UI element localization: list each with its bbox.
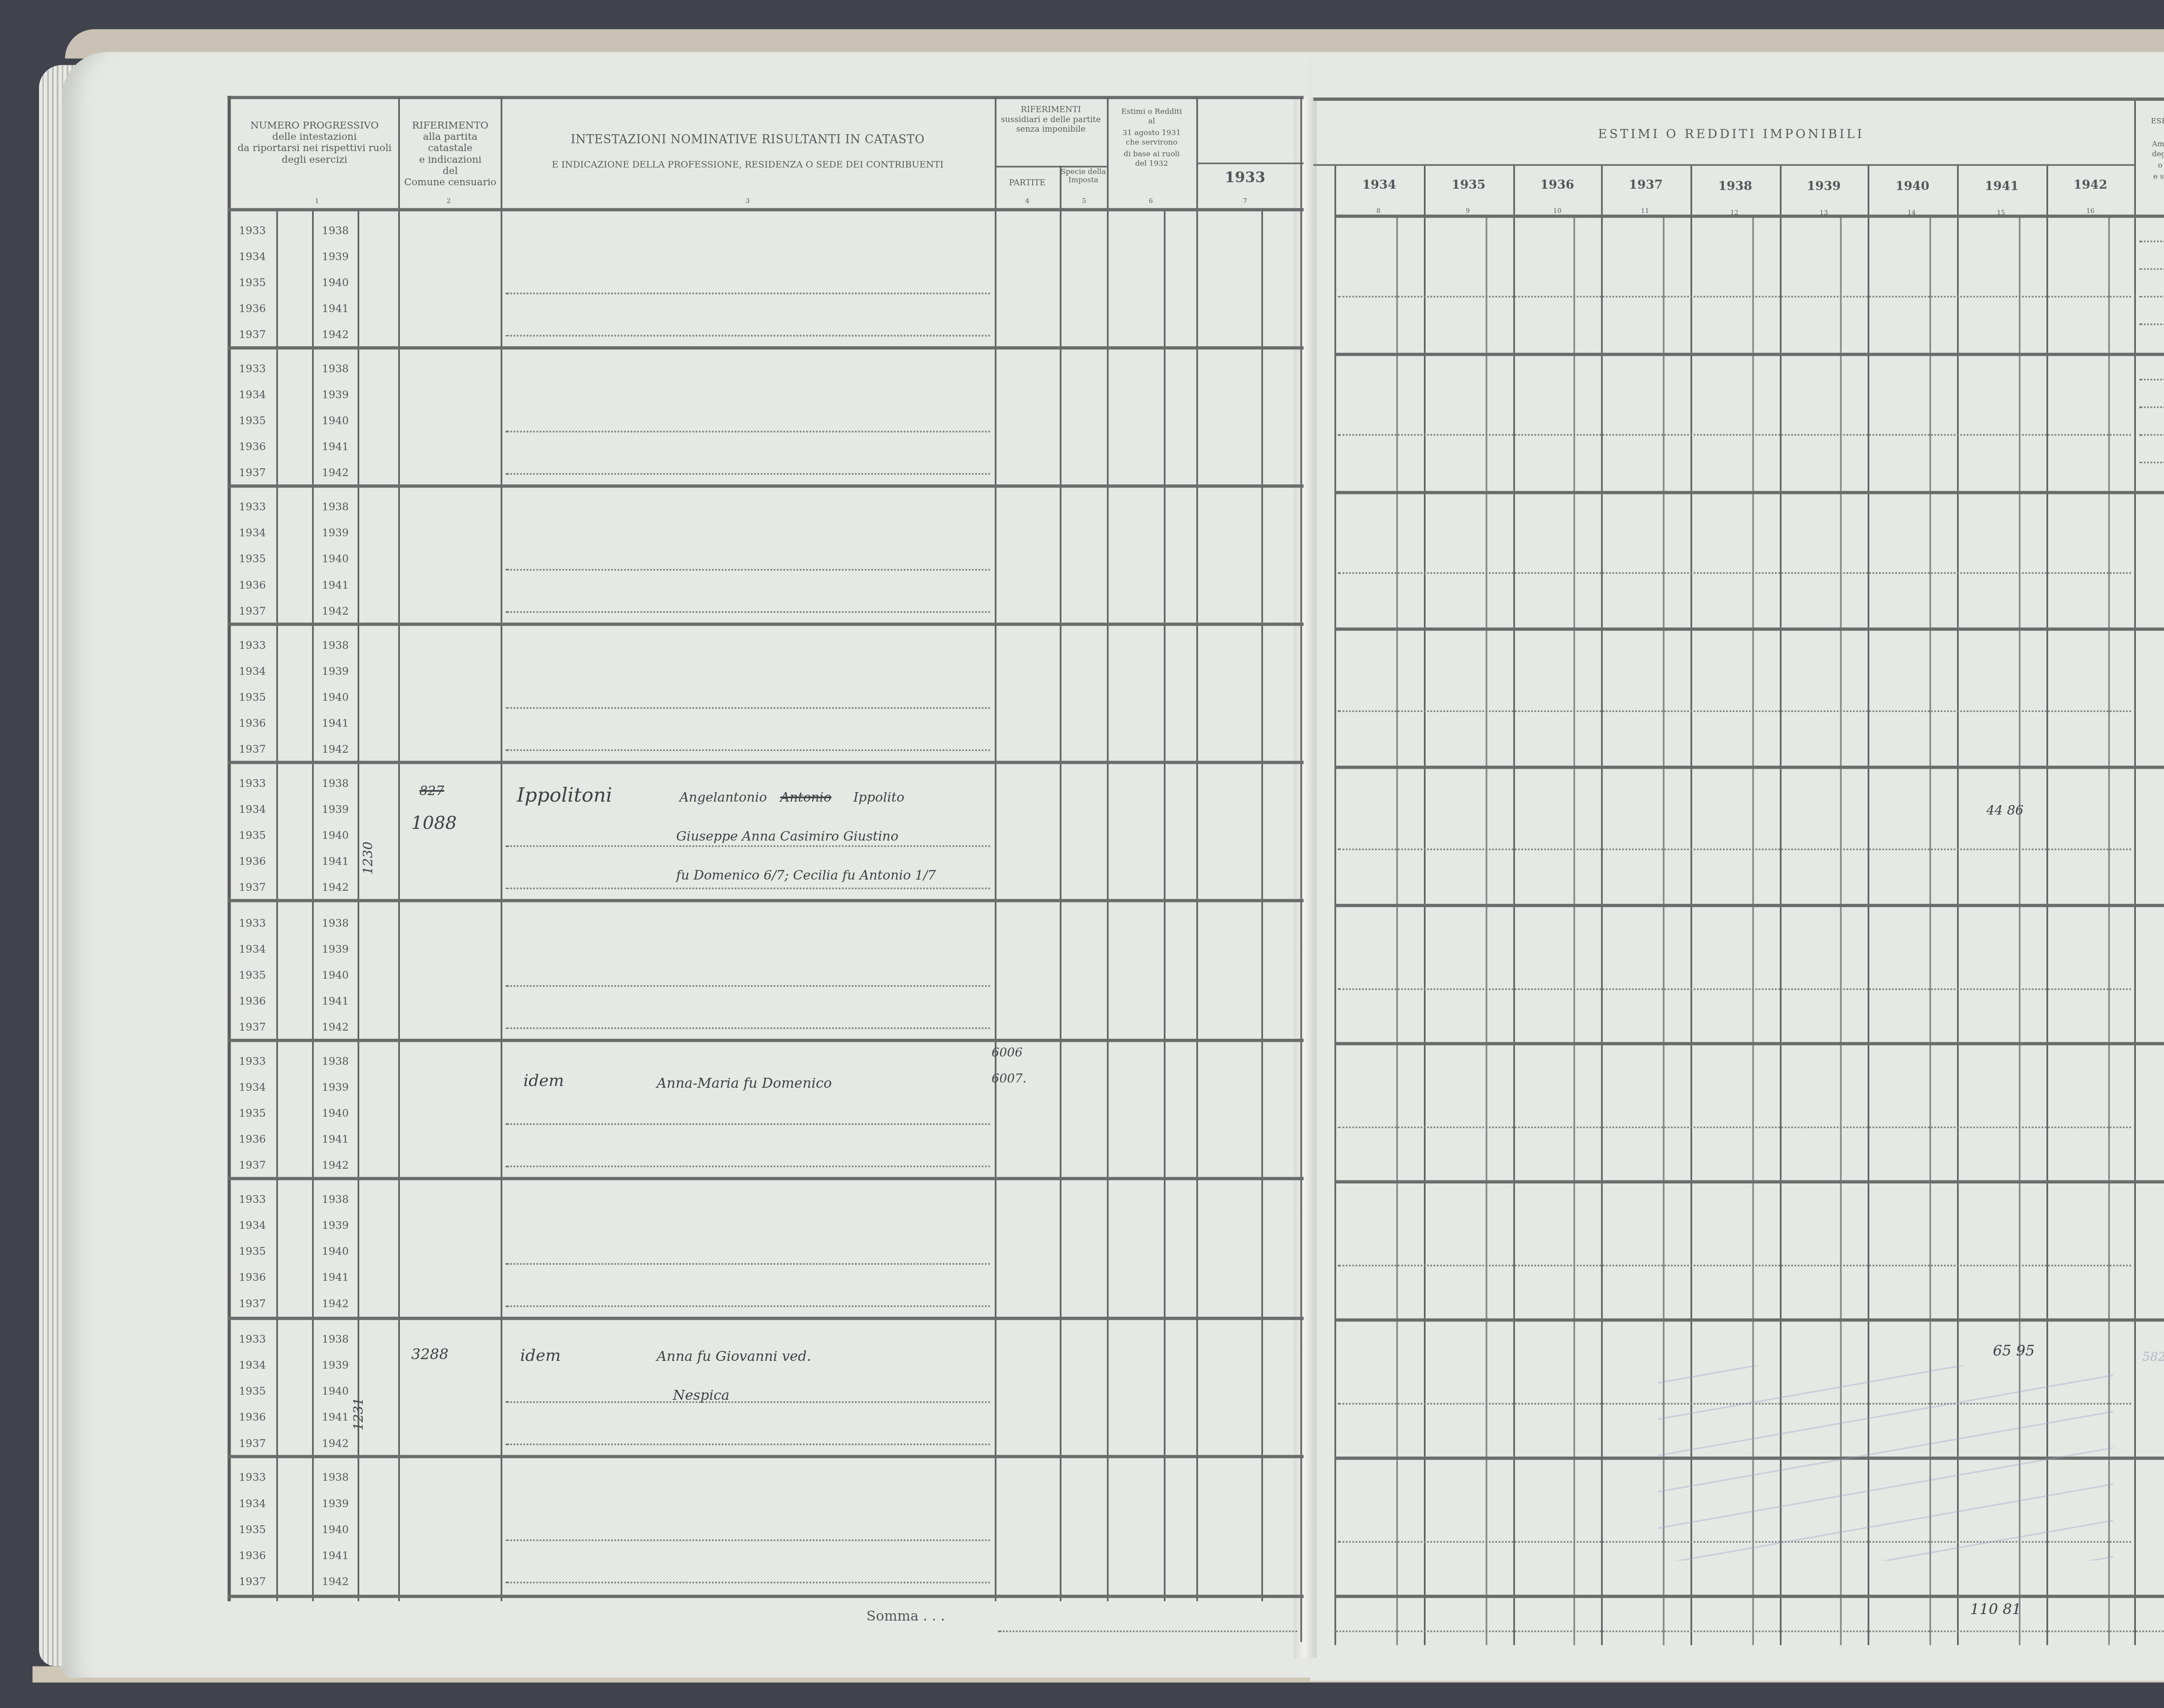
col3-title: INTESTAZIONI NOMINATIVE RISULTANTI IN CA…: [504, 133, 992, 145]
block-rule: [1334, 491, 2164, 494]
given-name: Ippolito: [853, 790, 905, 805]
col17-line: [2139, 462, 2164, 464]
given-names: Angelantonio: [679, 790, 767, 805]
value-1941: 44 86: [1986, 803, 2023, 818]
year-right: 1940: [322, 1245, 349, 1258]
col6-header: Estimi o Redditi al 31 agosto 1931 che s…: [1107, 109, 1197, 171]
year-right: 1940: [322, 829, 349, 842]
book-gutter: [1294, 97, 1317, 1658]
year-right: 1938: [322, 777, 349, 790]
year-left: 1935: [239, 1385, 266, 1398]
year-right: 1942: [322, 1437, 349, 1450]
year-right: 1940: [322, 1523, 349, 1536]
progressive-number: 1230: [361, 841, 376, 874]
year-right: 1939: [322, 389, 349, 402]
somma-label: Somma . . .: [866, 1609, 945, 1626]
writing-line: [506, 1123, 990, 1125]
block-rule: [228, 1039, 1304, 1042]
col6-line: di base ai ruoli: [1107, 151, 1197, 161]
year-right: 1939: [322, 527, 349, 540]
col17-line: [2139, 379, 2164, 380]
year-right: 1939: [322, 1219, 349, 1232]
col1-title: NUMERO PROGRESSIVO: [231, 120, 398, 132]
year-right: 1938: [322, 1193, 349, 1206]
year-left: 1937: [239, 1021, 266, 1034]
year-col-1935: 1935: [1424, 179, 1514, 190]
writing-line: [506, 1444, 990, 1445]
block-rule: [228, 1177, 1304, 1180]
block-rule: [228, 1455, 1304, 1458]
year-left: 1934: [239, 250, 266, 263]
year-right: 1941: [322, 579, 349, 592]
cents-divider: [1574, 215, 1575, 1645]
year-right: 1941: [322, 441, 349, 454]
given-names: Anna fu Giovanni ved.: [657, 1349, 811, 1366]
year-right: 1941: [322, 717, 349, 730]
year-left: 1935: [239, 415, 266, 428]
surname-idem: idem: [520, 1347, 561, 1365]
year-left: 1933: [239, 1055, 266, 1068]
col1-sub-divider: [312, 211, 314, 1601]
col45-line: sussidiari e delle partite: [995, 116, 1107, 126]
year-left: 1935: [239, 1107, 266, 1120]
year-left: 1933: [239, 501, 266, 514]
writing-line: [506, 611, 990, 613]
right-header-top-rule: [1314, 97, 2164, 101]
cents-divider: [1486, 215, 1488, 1645]
year-left: 1934: [239, 389, 266, 402]
year-left: 1934: [239, 1497, 266, 1510]
year-right: 1938: [322, 1333, 349, 1346]
year-right: 1942: [322, 1159, 349, 1172]
year-right: 1940: [322, 1107, 349, 1120]
col17-line: [2139, 434, 2164, 436]
writing-line: [506, 888, 990, 889]
col2-line: Comune censuario: [400, 177, 501, 188]
year-left: 1933: [239, 1193, 266, 1206]
col1-number: 1: [301, 197, 333, 205]
block-rule: [1334, 1042, 2164, 1045]
block-rule: [228, 346, 1304, 350]
col1-line: da riportarsi nei rispettivi ruoli: [231, 143, 398, 155]
writing-line: [506, 1540, 990, 1541]
header-top-rule: [228, 96, 1304, 100]
year-right: 1938: [322, 917, 349, 930]
col17-line: [2139, 241, 2164, 242]
value-1941: 65 95: [1993, 1344, 2035, 1361]
given-name-struck: Antonio: [780, 790, 831, 805]
col2-header: RIFERIMENTO alla partita catastale e ind…: [400, 120, 501, 189]
year-col-1936: 1936: [1514, 179, 1601, 190]
col5-number: 5: [1068, 197, 1100, 205]
col4-number: 4: [1011, 197, 1043, 205]
year-right: 1940: [322, 1385, 349, 1398]
block-rule: [228, 484, 1304, 488]
year-left: 1936: [239, 995, 266, 1008]
col17-line: degli estimi: [2134, 152, 2164, 163]
col7-year: 1933: [1196, 174, 1294, 185]
year-right: 1942: [322, 329, 349, 342]
somma-line: [998, 1631, 1297, 1632]
year-right: 1938: [322, 363, 349, 376]
col11-number: 11: [1629, 206, 1661, 215]
year-col-1934: 1934: [1334, 179, 1424, 190]
year-left: 1934: [239, 1359, 266, 1372]
block-rule: [1334, 1318, 2164, 1322]
year-right: 1938: [322, 639, 349, 652]
writing-line: [1338, 710, 2131, 712]
year-right: 1941: [322, 1549, 349, 1562]
writing-line: [1338, 572, 2131, 574]
writing-line: [506, 1166, 990, 1167]
col6-line: del 1932: [1107, 161, 1197, 171]
year-left: 1935: [239, 553, 266, 566]
col45-header: RIFERIMENTI sussidiari e delle partite s…: [995, 106, 1107, 135]
col6-line: al: [1107, 119, 1197, 130]
given-names: Anna-Maria fu Domenico: [657, 1076, 832, 1092]
year-right: 1940: [322, 691, 349, 704]
year-right: 1941: [322, 303, 349, 316]
year-right: 1940: [322, 969, 349, 982]
writing-line: [506, 1263, 990, 1265]
col2-line: e indicazioni: [400, 155, 501, 166]
col2-title: RIFERIMENTO: [400, 120, 501, 132]
col17-line: o redditi: [2134, 163, 2164, 174]
year-left: 1937: [239, 743, 266, 756]
col17-line: [2139, 268, 2164, 270]
year-col-1938: 1938: [1691, 180, 1780, 192]
block-rule: [228, 1317, 1304, 1320]
col45-line: senza imponibile: [995, 125, 1107, 135]
col16-number: 16: [2074, 206, 2106, 215]
year-left: 1933: [239, 224, 266, 237]
somma-line: [1334, 1631, 2164, 1632]
surname: Ippolitoni: [517, 783, 612, 806]
col2-line: del: [400, 166, 501, 177]
year-right: 1940: [322, 415, 349, 428]
col5-label: Specie della Imposta: [1060, 169, 1107, 186]
col6-line: Estimi o Redditi: [1107, 109, 1197, 119]
block-rule: [1334, 1180, 2164, 1184]
col3-number: 3: [731, 197, 764, 205]
col7-cents-divider: [1261, 211, 1263, 1601]
col17-title: ESENZIONI: [2134, 119, 2164, 130]
year-right: 1940: [322, 276, 349, 289]
year-left: 1934: [239, 803, 266, 816]
year-left: 1935: [239, 1523, 266, 1536]
block-rule: [1334, 1595, 2164, 1598]
col17-dash: —: [2134, 130, 2164, 141]
col45-split-rule: [995, 166, 1107, 168]
header-bottom-rule: [228, 208, 1304, 212]
year-right: 1941: [322, 855, 349, 868]
year-col-1939: 1939: [1780, 180, 1868, 192]
year-right: 1939: [322, 803, 349, 816]
col17-line: [2139, 406, 2164, 408]
married-name: Nespica: [673, 1388, 730, 1405]
year-left: 1937: [239, 1575, 266, 1588]
year-left: 1935: [239, 691, 266, 704]
group-title: ESTIMI O REDDITI IMPONIBILI: [1333, 129, 2129, 140]
block-rule: [228, 761, 1304, 764]
year-left: 1935: [239, 969, 266, 982]
col8-number: 8: [1362, 206, 1394, 215]
block-rule: [1334, 353, 2164, 356]
col1-sub-divider: [357, 211, 359, 1601]
writing-line: [506, 1305, 990, 1307]
partita-struck: 827: [419, 783, 444, 798]
block-rule: [228, 622, 1304, 626]
year-right: 1938: [322, 224, 349, 237]
col17-divider: [2134, 101, 2136, 1645]
year-left: 1934: [239, 943, 266, 956]
col6-line: 31 agosto 1931: [1107, 130, 1197, 140]
year-right: 1940: [322, 553, 349, 566]
col2-line: alla partita catastale: [400, 132, 501, 155]
writing-line: [1338, 1265, 2131, 1266]
year-right: 1941: [322, 995, 349, 1008]
col7-split-rule: [1196, 163, 1304, 164]
year-left: 1936: [239, 579, 266, 592]
col1-line: delle intestazioni: [231, 132, 398, 143]
col7-divider: [1196, 97, 1198, 1601]
year-right: 1939: [322, 250, 349, 263]
block-rule: [1334, 766, 2164, 769]
col6-line: che servirono: [1107, 140, 1197, 151]
year-left: 1934: [239, 1081, 266, 1094]
col45-title: RIFERIMENTI: [995, 106, 1107, 116]
writing-line: [506, 1582, 990, 1583]
col1-sub-divider: [276, 211, 278, 1601]
year-right: 1942: [322, 605, 349, 618]
writing-line: [1338, 988, 2131, 990]
year-col-1941: 1941: [1957, 180, 2047, 192]
year-left: 1935: [239, 1245, 266, 1258]
year-left: 1936: [239, 855, 266, 868]
year-right: 1939: [322, 665, 349, 678]
year-col-1942: 1942: [2046, 179, 2134, 190]
col6-cents-divider: [1164, 211, 1166, 1601]
year-left: 1934: [239, 1219, 266, 1232]
progressive-number: 1231: [351, 1398, 366, 1431]
year-left: 1934: [239, 665, 266, 678]
writing-line: [506, 707, 990, 709]
year-left: 1937: [239, 1159, 266, 1172]
partita-number: 3288: [411, 1347, 448, 1364]
year-right: 1942: [322, 467, 349, 480]
writing-line: [1338, 296, 2131, 298]
exemption-value: 5820: [2142, 1349, 2164, 1364]
year-right: 1938: [322, 1055, 349, 1068]
years-split-rule: [1314, 164, 2135, 166]
year-col-1940: 1940: [1868, 180, 1957, 192]
partita-ref: 6007.: [992, 1071, 1027, 1086]
block-rule: [1334, 628, 2164, 631]
year-right: 1942: [322, 1021, 349, 1034]
cents-divider: [1396, 215, 1398, 1645]
writing-line: [506, 749, 990, 751]
col1-line: degli esercizi: [231, 155, 398, 166]
writing-line: [506, 293, 990, 294]
bleed-through-ink: [1658, 1366, 2113, 1561]
year-left: 1937: [239, 881, 266, 894]
block-rule: [228, 1595, 1304, 1598]
year-right: 1939: [322, 943, 349, 956]
year-left: 1936: [239, 303, 266, 316]
writing-line: [506, 431, 990, 432]
col6-number: 6: [1134, 197, 1167, 205]
col3-subtitle: E INDICAZIONE DELLA PROFESSIONE, RESIDEN…: [504, 161, 992, 172]
given-names-line2: Giuseppe Anna Casimiro Giustino: [676, 829, 898, 844]
year-right: 1942: [322, 1575, 349, 1588]
col2-number: 2: [432, 197, 465, 205]
partita-ref: 6006: [992, 1045, 1023, 1060]
writing-line: [506, 845, 990, 847]
col10-number: 10: [1541, 206, 1573, 215]
writing-line: [506, 569, 990, 570]
year-right: 1941: [322, 1271, 349, 1284]
year-right: 1938: [322, 501, 349, 514]
year-left: 1933: [239, 777, 266, 790]
year-left: 1936: [239, 717, 266, 730]
year-right: 1939: [322, 1081, 349, 1094]
year-left: 1937: [239, 1297, 266, 1310]
year-right: 1942: [322, 881, 349, 894]
ledger-scan: NUMERO PROGRESSIVO delle intestazioni da…: [0, 0, 2164, 1708]
block-rule: [228, 899, 1304, 902]
col17-line: Ammontare: [2134, 141, 2164, 152]
year-left: 1936: [239, 441, 266, 454]
year-left: 1933: [239, 639, 266, 652]
surname-idem: idem: [523, 1073, 564, 1091]
writing-line: [1338, 1127, 2131, 1128]
year-right: 1939: [322, 1497, 349, 1510]
col4-divider: [995, 97, 996, 1601]
col1-header: NUMERO PROGRESSIVO delle intestazioni da…: [231, 120, 398, 166]
writing-line: [506, 1401, 990, 1403]
writing-line: [506, 473, 990, 475]
year-left: 1936: [239, 1271, 266, 1284]
year-left: 1933: [239, 1471, 266, 1484]
writing-line: [506, 335, 990, 337]
col6-divider: [1107, 97, 1109, 1601]
year-right: 1941: [322, 1133, 349, 1146]
year-left: 1937: [239, 467, 266, 480]
col17-line: [2139, 296, 2164, 298]
year-left: 1937: [239, 1437, 266, 1450]
col7-number: 7: [1229, 197, 1261, 205]
col4-label: PARTITE: [995, 179, 1059, 190]
year-left: 1937: [239, 605, 266, 618]
block-rule: [1334, 904, 2164, 907]
writing-line: [1338, 434, 2131, 436]
col17-line: e scadenze: [2134, 174, 2164, 185]
writing-line: [506, 1028, 990, 1029]
year-left: 1936: [239, 1411, 266, 1424]
col3-divider: [501, 97, 502, 1601]
col17-header: ESENZIONI — Ammontare degli estimi o red…: [2134, 119, 2164, 185]
writing-line: [1338, 848, 2131, 850]
year-right: 1941: [322, 1411, 349, 1424]
year-left: 1937: [239, 329, 266, 342]
col17-number: 17: [2159, 206, 2164, 215]
col2-divider: [398, 97, 400, 1601]
writing-line: [506, 985, 990, 987]
year-right: 1938: [322, 1471, 349, 1484]
year-left: 1933: [239, 917, 266, 930]
col9-number: 9: [1452, 206, 1484, 215]
right-header-bottom-rule: [1334, 215, 2164, 218]
year-col-1937: 1937: [1601, 179, 1691, 190]
year-left: 1933: [239, 363, 266, 376]
year-right: 1942: [322, 743, 349, 756]
parentage-line: fu Domenico 6/7; Cecilia fu Antonio 1/7: [676, 868, 936, 883]
year-left: 1935: [239, 829, 266, 842]
left-table-right-border: [1301, 97, 1302, 1642]
col17-line: [2139, 323, 2164, 325]
col5-divider: [1060, 166, 1062, 1601]
year-right: 1942: [322, 1297, 349, 1310]
year-right: 1939: [322, 1359, 349, 1372]
year-left: 1935: [239, 276, 266, 289]
left-table-border: [228, 96, 231, 1602]
year-left: 1936: [239, 1133, 266, 1146]
somma-1941-value: 110 81: [1970, 1603, 2021, 1619]
year-left: 1936: [239, 1549, 266, 1562]
partita-number: 1088: [411, 813, 457, 834]
year-left: 1933: [239, 1333, 266, 1346]
year-left: 1934: [239, 527, 266, 540]
